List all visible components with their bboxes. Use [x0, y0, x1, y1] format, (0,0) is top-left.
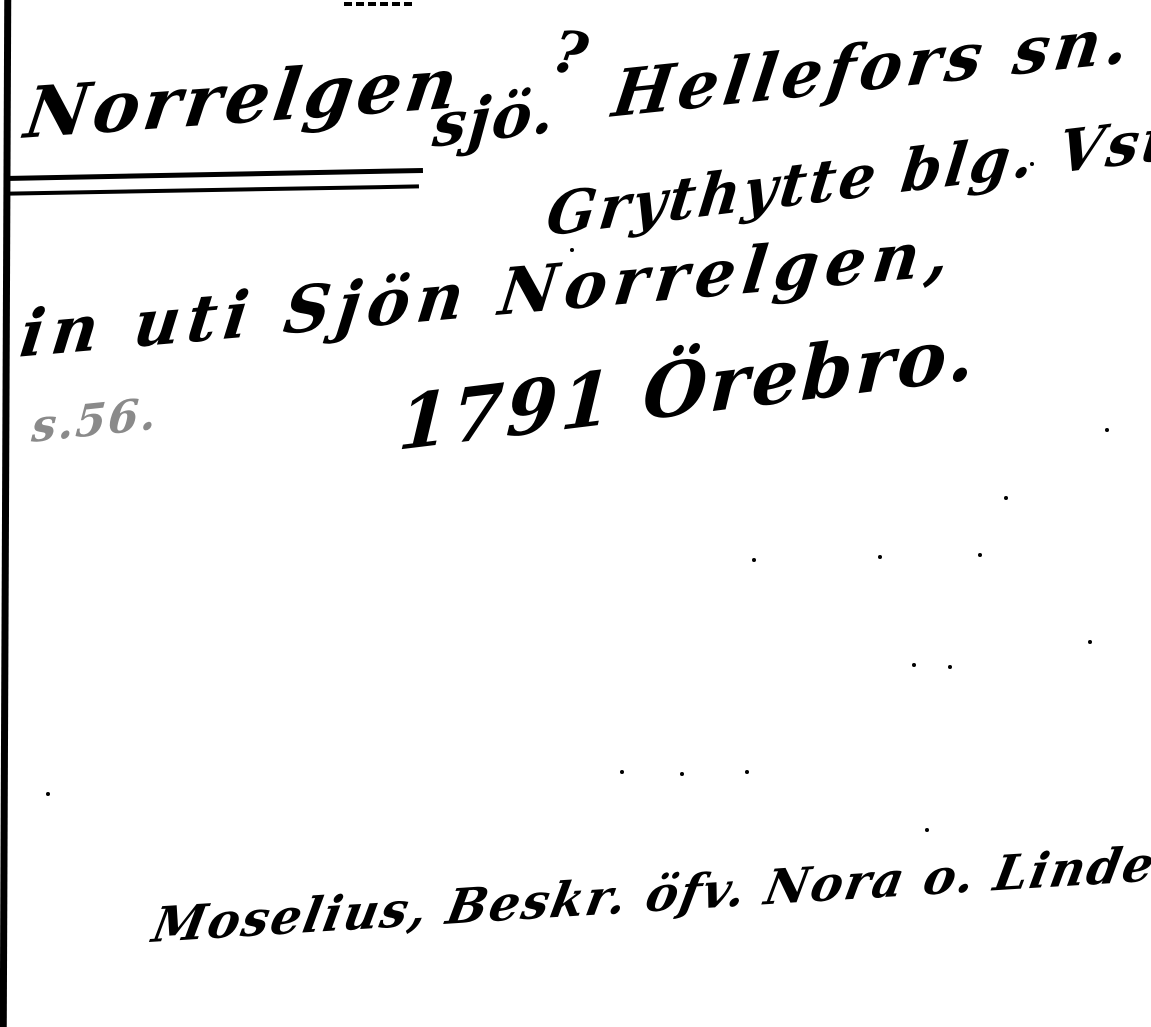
year-and-place: 1791 Örebro. — [396, 310, 979, 468]
speckle — [1088, 640, 1092, 644]
headword-underline-top — [5, 168, 423, 181]
speckle — [948, 665, 952, 669]
scanned-index-card: Norrelgen sjö. ? Hellefors sn. Grythytte… — [0, 0, 1151, 1027]
parish-annotation: Hellefors sn. — [608, 2, 1139, 133]
speckle — [912, 663, 916, 667]
left-margin-rule — [0, 0, 11, 1027]
speckle — [878, 555, 882, 559]
headword-underline-bottom — [9, 184, 419, 195]
source-citation: Moselius, Beskr. öfv. Nora o. Lindes bg. — [148, 828, 1151, 954]
uncertainty-question-mark: ? — [548, 17, 592, 89]
speckle — [680, 772, 684, 776]
page-reference: s.56. — [30, 388, 160, 453]
speckle — [1030, 162, 1034, 166]
speckle — [978, 553, 982, 557]
headword-qualifier: sjö. — [430, 76, 559, 162]
speckle — [620, 770, 624, 774]
speckle — [1105, 428, 1109, 432]
speckle — [745, 770, 749, 774]
speckle — [752, 558, 756, 562]
scan-artifact-dashes — [344, 2, 412, 6]
speckle — [570, 248, 574, 252]
speckle — [46, 792, 50, 796]
speckle — [1004, 496, 1008, 500]
headword-place-name: Norrelgen — [20, 41, 467, 155]
speckle — [925, 828, 929, 832]
